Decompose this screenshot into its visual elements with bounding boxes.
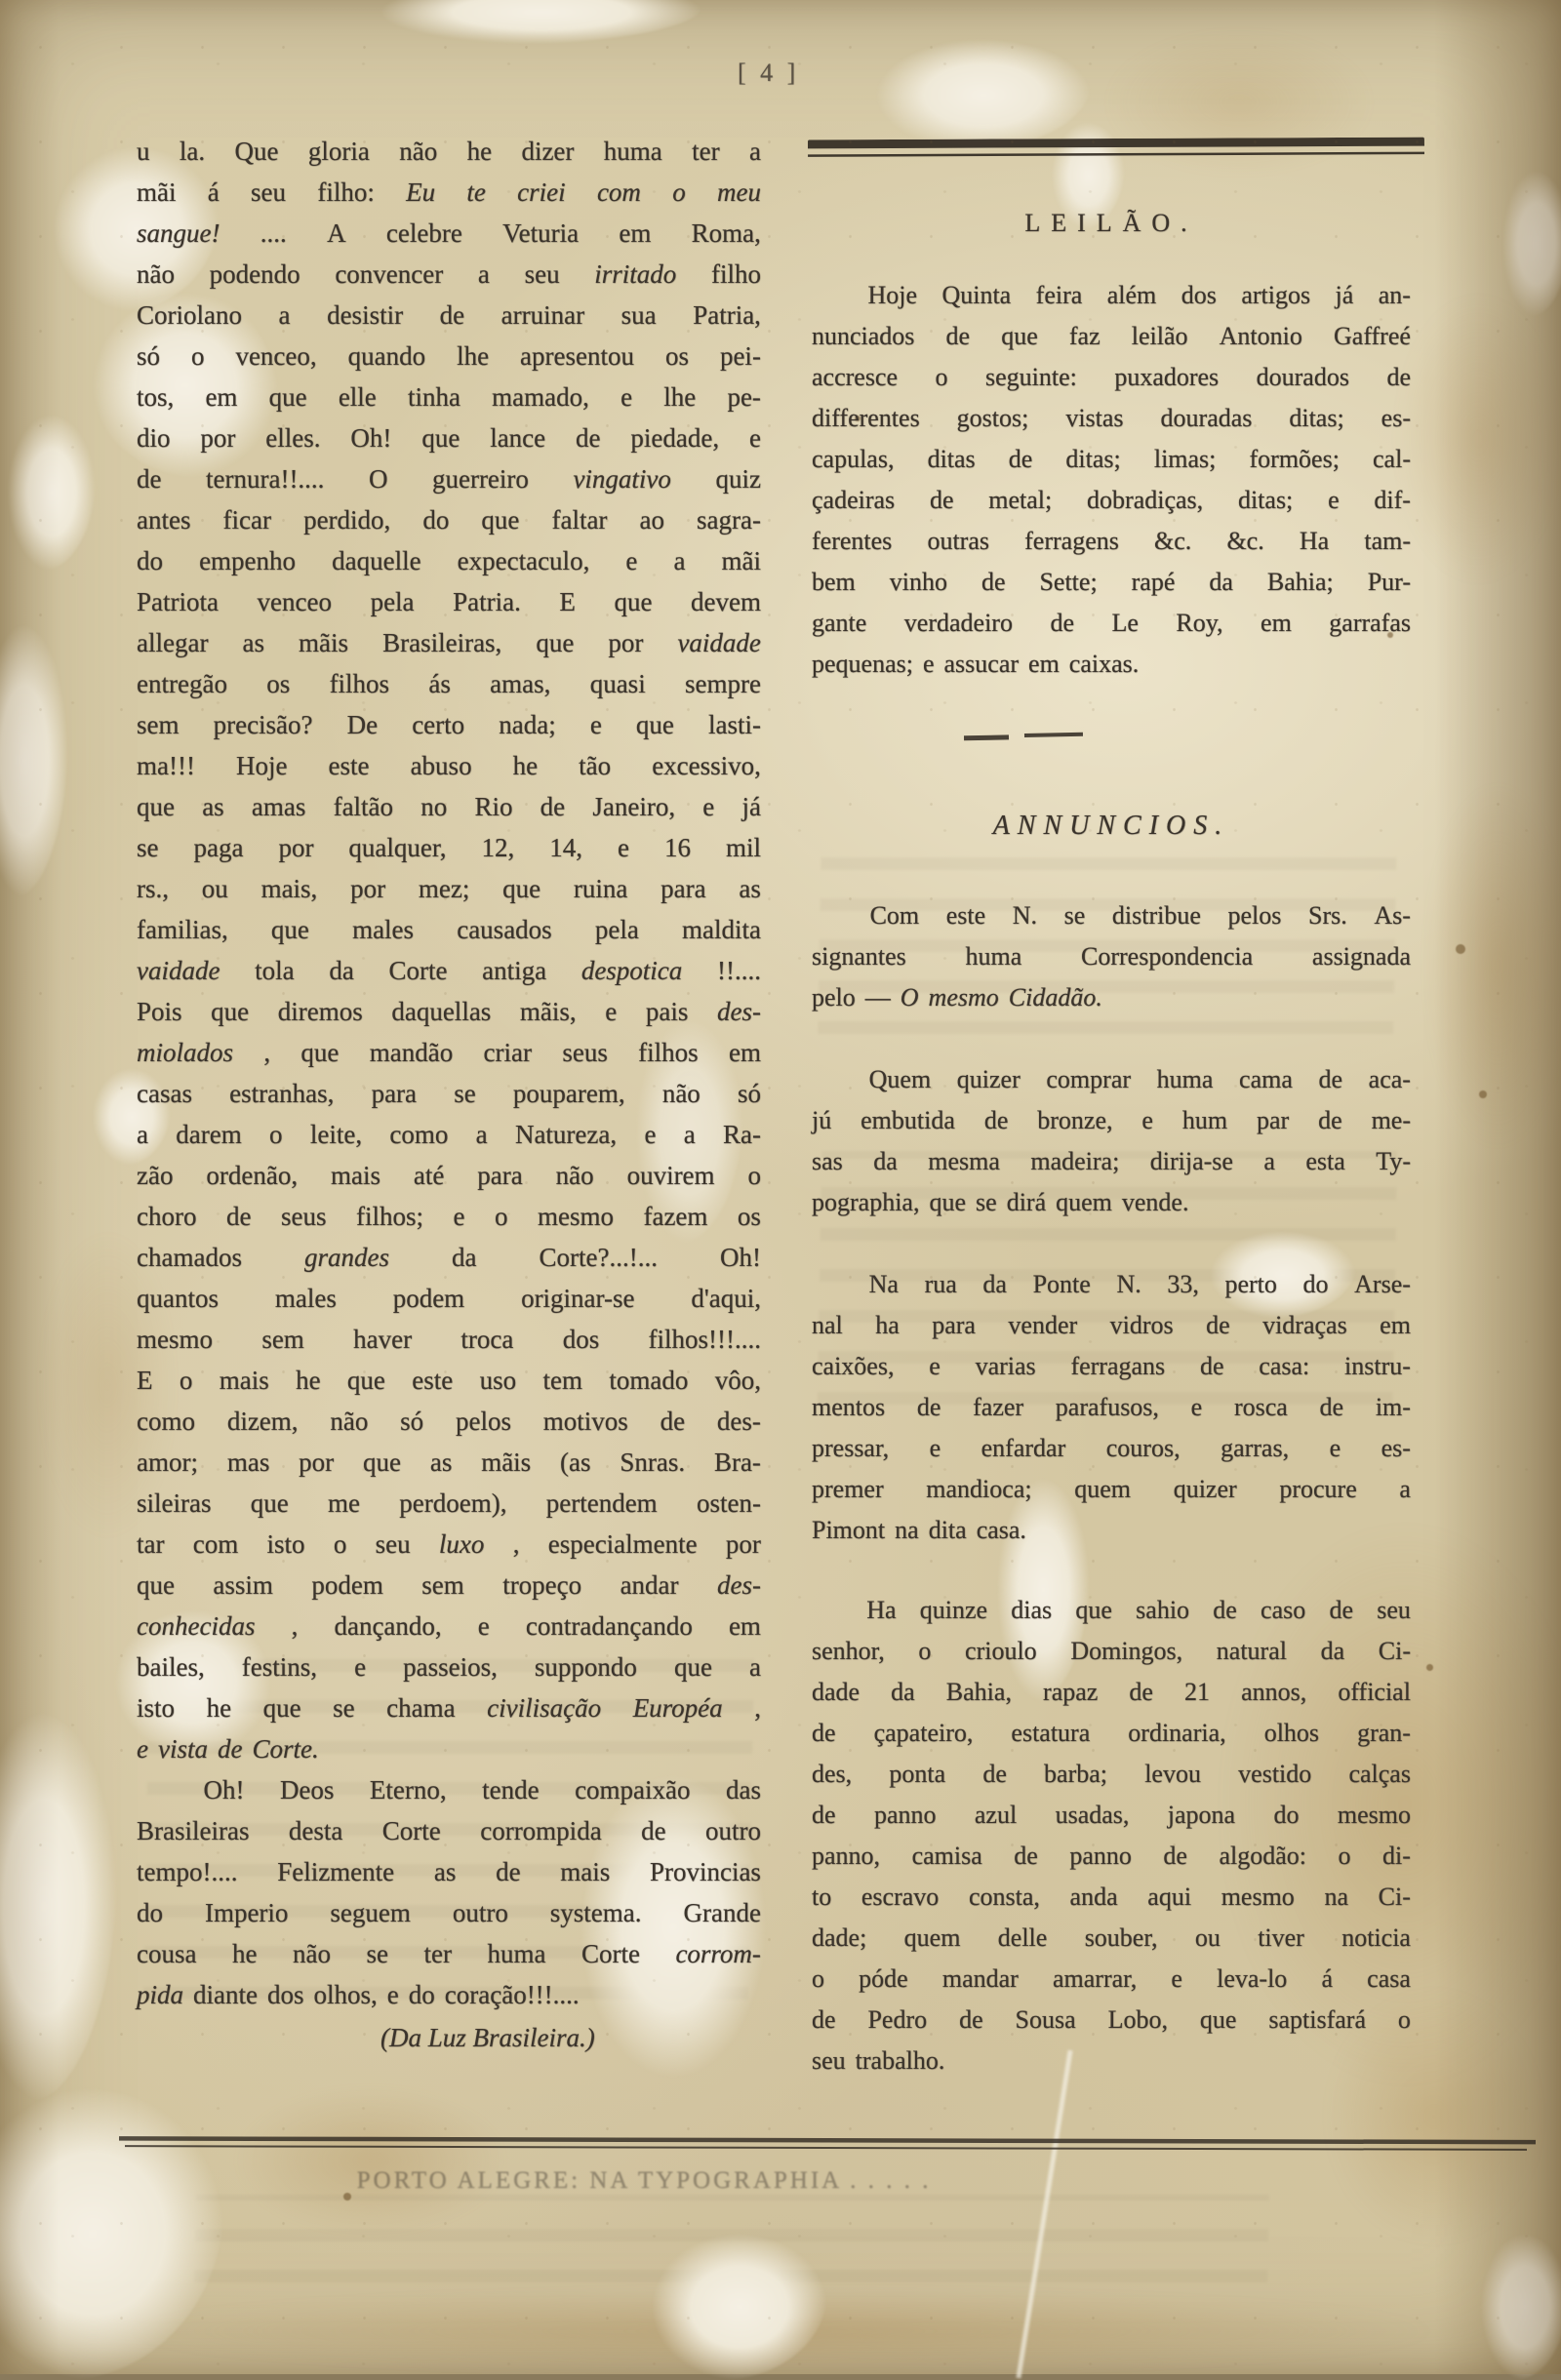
announcement-paragraph: Quemquizercomprarhumacamadeaca-júembutid… <box>812 1059 1411 1223</box>
left-column: ula.Queglorianãohedizerhumateramãiáseufi… <box>137 131 761 2058</box>
text-line: Poisquediremosdaquellasmãis,epaisdes- <box>137 991 761 1032</box>
indent-spacer <box>812 1059 843 1100</box>
text-line: differentesgostos;vistasdouradasditas;es… <box>812 398 1411 439</box>
text-line: Quemquizercomprarhumacamadeaca- <box>812 1059 1411 1100</box>
text-line: PatriotavenceopelaPatria.Equedevem <box>137 581 761 622</box>
text-line: mãiáseufilho:Eutecrieicomomeu <box>137 172 761 213</box>
text-line: rs.,oumais,pormez;queruinaparaas <box>137 868 761 909</box>
text-line: nunciadosdequefazleilãoAntonioGaffreé <box>812 316 1411 357</box>
text-line: júembutidadebronze,ehumpardeme- <box>812 1100 1411 1141</box>
text-line: seutrabalho. <box>812 2041 1411 2082</box>
indent-spacer <box>812 1264 843 1305</box>
text-line: bailes,festins,epasseios,suppondoquea <box>137 1646 761 1687</box>
paper-damage-patch <box>0 1712 117 2102</box>
ink-speck <box>1479 1091 1487 1098</box>
text-line: ma!!!Hojeesteabusohetãoexcessivo, <box>137 745 761 786</box>
paper-damage-patch <box>1502 171 1561 317</box>
text-line: pelo—OmesmoCidadão. <box>812 977 1411 1018</box>
text-line: semprecisão?Decertonada;equelasti- <box>137 704 761 745</box>
text-line: cousahenãoseterhumaCortecorrom- <box>137 1933 761 1974</box>
text-line: Haquinzediasquesahiodecasodeseu <box>812 1590 1411 1631</box>
text-line: deternura!!....Oguerreirovingativoquiz <box>137 458 761 499</box>
text-line: antesficarperdido,doquefaltaraosagra- <box>137 499 761 540</box>
paper-damage-patch <box>380 0 702 44</box>
text-line: queassimpodemsemtropeçoandardes- <box>137 1565 761 1606</box>
text-line: HojeQuintafeiraalémdosartigosjáan- <box>812 275 1411 316</box>
text-line: çadeirasdemetal;dobradiças,ditas;edif- <box>812 480 1411 521</box>
paper-damage-patch <box>0 624 68 897</box>
text-line: signanteshumaCorrespondenciaassignada <box>812 936 1411 977</box>
section-divider <box>964 731 1085 743</box>
text-line: pressar,eenfardarcouros,garras,ees- <box>812 1428 1411 1469</box>
text-line: dioporelles.Oh!quelancedepiedade,e <box>137 417 761 458</box>
paper-damage-patch <box>1481 2234 1561 2374</box>
text-line: pographia,quesediráquemvende. <box>812 1182 1411 1223</box>
announcement-paragraph: NaruadaPonteN.33,pertodoArse-nalhaparave… <box>812 1264 1411 1551</box>
text-line: entregãoosfilhosásamas,quasisempre <box>137 663 761 704</box>
ink-speck <box>1456 944 1465 954</box>
annuncios-heading: ANNUNCIOS. <box>812 806 1561 847</box>
text-line: allegarasmãisBrasileiras,queporvaidade <box>137 622 761 663</box>
text-line: des,pontadebarba;levouvestidocalças <box>812 1754 1411 1795</box>
text-line: mesmosemhavertrocadosfilhos!!!.... <box>137 1319 761 1360</box>
text-line: istohequesechamacivilisaçãoEuropéa, <box>137 1687 761 1728</box>
text-line: pidadiantedosolhos,edocoração!!!.... <box>137 1974 761 2015</box>
text-line: NaruadaPonteN.33,pertodoArse- <box>812 1264 1411 1305</box>
indent-spacer <box>812 275 843 316</box>
indent-spacer <box>812 1590 843 1631</box>
text-line: zãoordenão,maisatéparanãoouviremo <box>137 1155 761 1196</box>
text-line: deçapateiro,estaturaordinaria,olhosgran- <box>812 1713 1411 1754</box>
text-line: bemvinhodeSette;rapédaBahia;Pur- <box>812 562 1411 603</box>
text-line: panno,camisadepannodealgodão:odi- <box>812 1836 1411 1877</box>
text-line: familias,quemalescausadospelamaldita <box>137 909 761 950</box>
text-line: adaremoleite,comoaNatureza,eaRa- <box>137 1114 761 1155</box>
text-line: CoriolanoadesistirdearruinarsuaPatria, <box>137 295 761 336</box>
paper-damage-patch <box>8 415 96 571</box>
text-line: premermandioca;quemquizerprocurea <box>812 1469 1411 1510</box>
text-line: depannoazulusadas,japonadomesmo <box>812 1795 1411 1836</box>
text-line: opódemandaramarrar,eleva-loácasa <box>812 1959 1411 2000</box>
article-paragraph: ula.Queglorianãohedizerhumateramãiáseufi… <box>137 131 761 1769</box>
page-number: [ 4 ] <box>738 59 799 88</box>
text-line: comodizem,nãosópelosmotivosdedes- <box>137 1401 761 1442</box>
text-line: tempo!....FelizmenteasdemaisProvincias <box>137 1851 761 1892</box>
text-line: accresceoseguinte:puxadoresdouradosde <box>812 357 1411 398</box>
text-line: toescravoconsta,andaaquimesmonaCi- <box>812 1877 1411 1918</box>
text-line: queasamasfaltãonoRiodeJaneiro,ejá <box>137 786 761 827</box>
text-line: sileirasquemeperdoem),pertendemosten- <box>137 1483 761 1524</box>
leilao-paragraph: HojeQuintafeiraalémdosartigosjáan-nuncia… <box>812 275 1411 685</box>
text-line: capulas,ditasdeditas;limas;formões;cal- <box>812 439 1411 480</box>
text-line: caixões,evariasferragansdecasa:instru- <box>812 1346 1411 1387</box>
text-line: ula.Queglorianãohedizerhumatera <box>137 131 761 172</box>
leilao-heading: LEILÃO. <box>812 203 1411 244</box>
paper-stain <box>1395 293 1561 585</box>
text-line: doImperioseguemoutrosystema.Grande <box>137 1892 761 1933</box>
text-line: quantosmalespodemoriginar-sed'aqui, <box>137 1278 761 1319</box>
ink-speck <box>1426 1664 1433 1671</box>
text-line: tos,emqueelletinhamamado,elhepe- <box>137 377 761 417</box>
text-line: pequenas;eassucaremcaixas. <box>812 644 1411 685</box>
text-line: casasestranhas,parasepouparem,nãosó <box>137 1073 761 1114</box>
top-section-rule <box>808 138 1424 160</box>
text-line: sasdamesmamadeira;dirija-seaestaTy- <box>812 1141 1411 1182</box>
attribution-line: (Da Luz Brasileira.) <box>380 2017 761 2058</box>
text-line: senhor,ocriouloDomingos,naturaldaCi- <box>812 1631 1411 1672</box>
text-line: doempenhodaquelleexpectaculo,eamãi <box>137 540 761 581</box>
runaway-notice-paragraph: Haquinzediasquesahiodecasodeseusenhor,oc… <box>812 1590 1411 2082</box>
text-line: sepagaporqualquer,12,14,e16mil <box>137 827 761 868</box>
text-line: dadedaBahia,rapazde21annos,official <box>812 1672 1411 1713</box>
text-line: mentosdefazerparafusos,eroscadeim- <box>812 1387 1411 1428</box>
announcement-paragraph: ComesteN.sedistribuepelosSrs.As-signante… <box>812 895 1411 1018</box>
text-line: Eomaishequeesteusotemtomadovôo, <box>137 1360 761 1401</box>
text-line: chorodeseusfilhos;eomesmofazemos <box>137 1196 761 1237</box>
footer-imprint: PORTO ALEGRE: NA TYPOGRAPHIA . . . . . <box>137 2167 1151 2195</box>
text-line: Pimontnaditacasa. <box>812 1510 1411 1551</box>
text-line: evistadeCorte. <box>137 1728 761 1769</box>
text-line: sangue!....AcelebreVeturiaemRoma, <box>137 213 761 254</box>
text-line: conhecidas,dançando,econtradançandoem <box>137 1606 761 1646</box>
text-line: sóovenceo,quandolheapresentouospei- <box>137 336 761 377</box>
indent-spacer <box>812 895 843 936</box>
text-line: Oh!DeosEterno,tendecompaixãodas <box>137 1769 761 1810</box>
newspaper-page: [ 4 ] ula.Queglorianãohedizerhumateramãi… <box>0 0 1561 2374</box>
text-line: ComesteN.sedistribuepelosSrs.As- <box>812 895 1411 936</box>
text-line: tarcomistooseuluxo,especialmentepor <box>137 1524 761 1565</box>
text-line: vaidadetoladaCorteantigadespotica!!.... <box>137 950 761 991</box>
indent-spacer <box>137 1769 168 1810</box>
text-line: dePedrodeSousaLobo,quesaptisfaráo <box>812 2000 1411 2041</box>
text-line: nalhaparavendervidrosdevidraçasem <box>812 1305 1411 1346</box>
text-line: nãopodendoconvenceraseuirritadofilho <box>137 254 761 295</box>
text-line: BrasileirasdestaCortecorrompidadeoutro <box>137 1810 761 1851</box>
text-line: dade;quemdellesouber,outivernoticia <box>812 1918 1411 1959</box>
text-line: ferentesoutrasferragens&c.&c.Hatam- <box>812 521 1411 562</box>
text-line: chamadosgrandesdaCorte?...!...Oh! <box>137 1237 761 1278</box>
paper-damage-patch <box>876 39 1091 151</box>
text-line: amor;masporqueasmãis(asSnras.Bra- <box>137 1442 761 1483</box>
text-line: miolados,quemandãocriarseusfilhosem <box>137 1032 761 1073</box>
article-paragraph: Oh!DeosEterno,tendecompaixãodasBrasileir… <box>137 1769 761 2015</box>
text-line: ganteverdadeirodeLeRoy,emgarrafas <box>812 603 1411 644</box>
